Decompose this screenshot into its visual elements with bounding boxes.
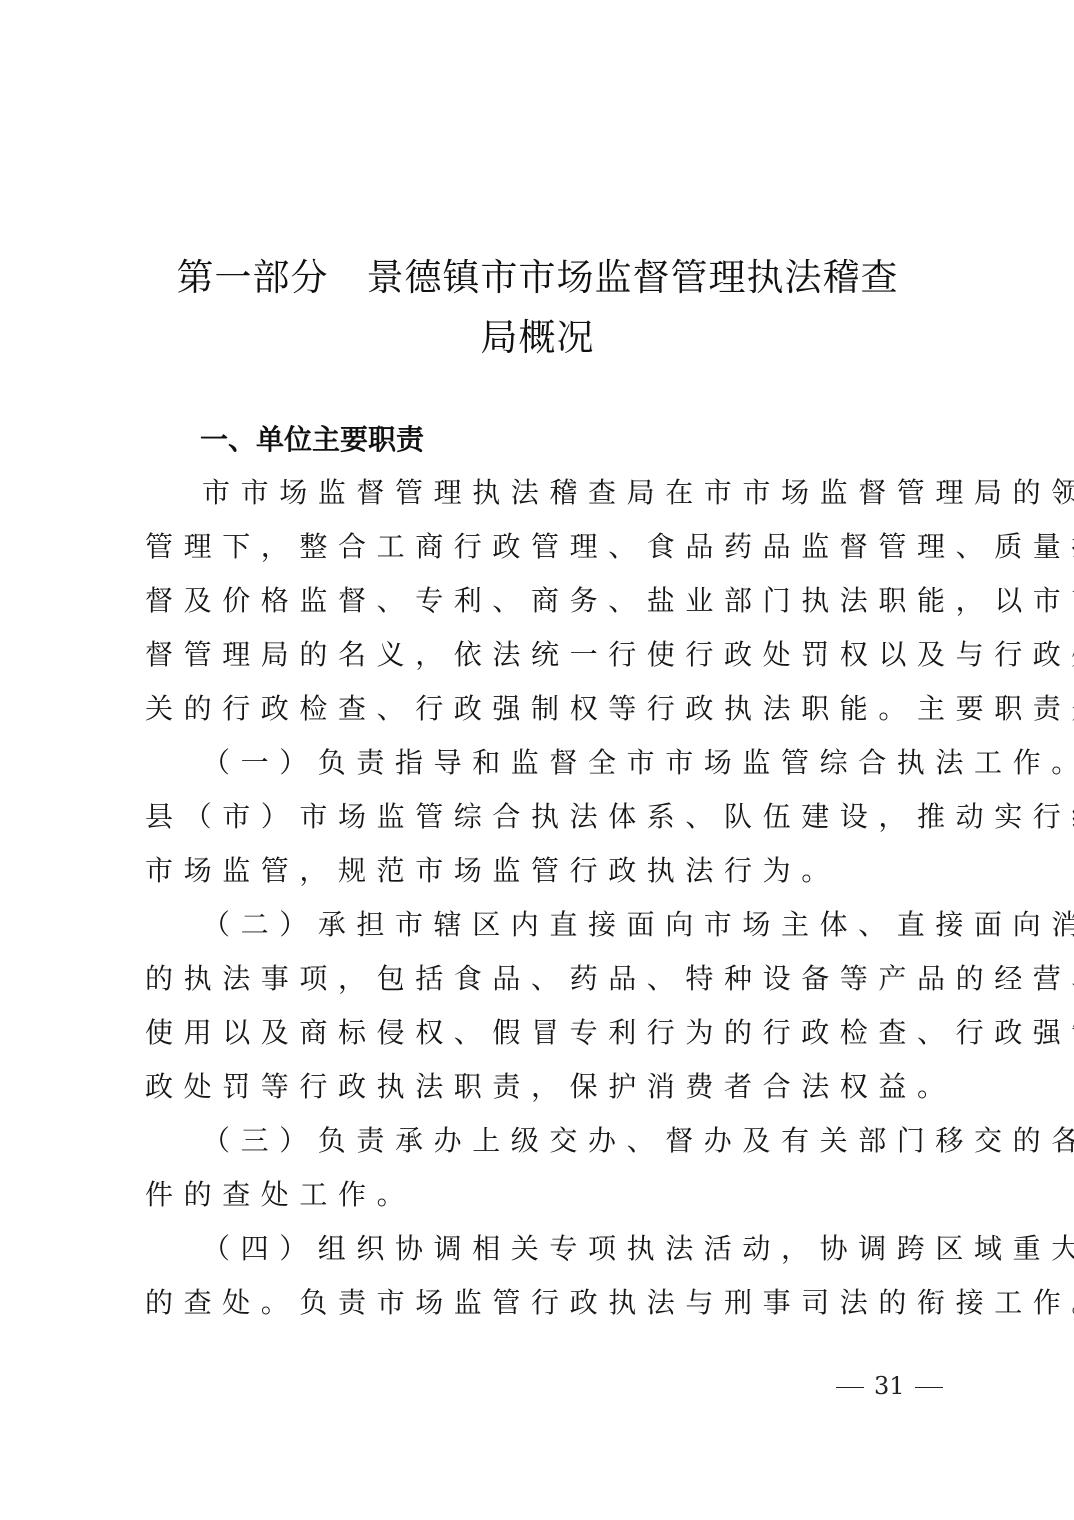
page-title: 第一部分景德镇市市场监督管理执法稽查 局概况 <box>140 248 935 368</box>
text-line: 督管理局的名义，依法统一行使行政处罚权以及与行政处罚相 <box>145 628 935 682</box>
text-line: （二）承担市辖区内直接面向市场主体、直接面向消费者 <box>145 898 935 952</box>
text-line: （一）负责指导和监督全市市场监管综合执法工作。指导 <box>145 736 935 790</box>
text-line: 件的查处工作。 <box>145 1168 935 1222</box>
page-number-value: 31 <box>874 1372 905 1400</box>
title-part-label: 第一部分 <box>177 256 329 299</box>
text-line: 督及价格监督、专利、商务、盐业部门执法职能，以市市场监 <box>145 574 935 628</box>
text-line: 关的行政检查、行政强制权等行政执法职能。主要职责是： <box>145 682 935 736</box>
paragraph-intro: 市市场监督管理执法稽查局在市市场监督管理局的领导和 管理下，整合工商行政管理、食… <box>145 466 935 736</box>
paragraph-duty-4: （四）组织协调相关专项执法活动，协调跨区域重大案件 的查处。负责市场监管行政执法… <box>145 1222 935 1330</box>
title-line-2: 局概况 <box>140 308 935 368</box>
text-line: 的执法事项，包括食品、药品、特种设备等产品的经营、销售、 <box>145 952 935 1006</box>
document-page: 第一部分景德镇市市场监督管理执法稽查 局概况 一、单位主要职责 市市场监督管理执… <box>0 0 1074 1520</box>
text-line: （四）组织协调相关专项执法活动，协调跨区域重大案件 <box>145 1222 935 1276</box>
text-line: 政处罚等行政执法职责，保护消费者合法权益。 <box>145 1060 935 1114</box>
text-line: 管理下，整合工商行政管理、食品药品监督管理、质量技术监 <box>145 520 935 574</box>
paragraph-duty-3: （三）负责承办上级交办、督办及有关部门移交的各类案 件的查处工作。 <box>145 1114 935 1222</box>
text-line: 的查处。负责市场监管行政执法与刑事司法的衔接工作。 <box>145 1276 935 1330</box>
page-number: 31 <box>826 1370 953 1402</box>
text-line: （三）负责承办上级交办、督办及有关部门移交的各类案 <box>145 1114 935 1168</box>
section-heading: 一、单位主要职责 <box>200 420 424 460</box>
title-line-1: 第一部分景德镇市市场监督管理执法稽查 <box>140 248 935 308</box>
text-line: 县（市）市场监管综合执法体系、队伍建设，推动实行统一的 <box>145 790 935 844</box>
paragraph-duty-1: （一）负责指导和监督全市市场监管综合执法工作。指导 县（市）市场监管综合执法体系… <box>145 736 935 898</box>
text-line: 市市场监督管理执法稽查局在市市场监督管理局的领导和 <box>145 466 935 520</box>
paragraph-duty-2: （二）承担市辖区内直接面向市场主体、直接面向消费者 的执法事项，包括食品、药品、… <box>145 898 935 1114</box>
title-organization: 景德镇市市场监督管理执法稽查 <box>367 256 899 299</box>
dash-left <box>836 1387 864 1388</box>
text-line: 使用以及商标侵权、假冒专利行为的行政检查、行政强制、行 <box>145 1006 935 1060</box>
text-line: 市场监管，规范市场监管行政执法行为。 <box>145 844 935 898</box>
dash-right <box>915 1387 943 1388</box>
